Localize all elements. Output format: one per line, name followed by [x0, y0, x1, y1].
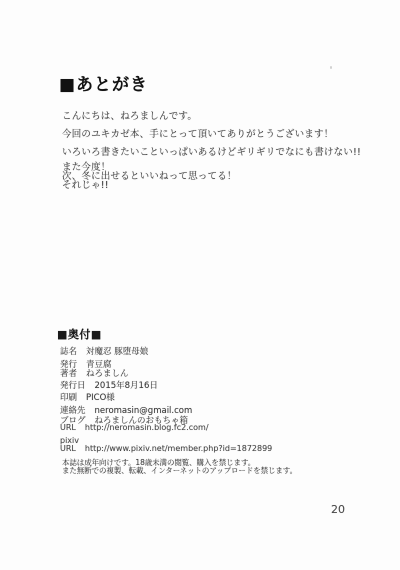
colophon-blog-url-line: URLhttp://neromasin.blog.fc2.com/: [60, 423, 209, 432]
colophon-title-line: 誌名対魔忍 豚堕母娘: [60, 345, 148, 357]
afterword-line: こんにちは、ねろましんです。: [62, 108, 197, 122]
colophon-value: 対魔忍 豚堕母娘: [86, 345, 148, 357]
colophon-label: 印刷: [60, 391, 77, 403]
colophon-value: 2015年8月16日: [95, 379, 158, 391]
colophon-label: URL: [60, 444, 76, 453]
afterword-line: いろいろ書きたいこといっぱいあるけどギリギリでなにも書けない!!: [62, 144, 361, 158]
colophon-value: ねろましん: [86, 367, 129, 379]
colophon-label: 発行日: [60, 379, 86, 391]
colophon-date-line: 発行日2015年8月16日: [60, 379, 158, 391]
scanned-doujin-page: ■あとがき こんにちは、ねろましんです。 今回のユキカゼ本、手にとって頂いてあり…: [0, 0, 400, 570]
colophon-url: http://www.pixiv.net/member.php?id=18728…: [85, 444, 272, 453]
afterword-heading: ■あとがき: [59, 70, 148, 95]
scan-speck: [330, 66, 332, 69]
colophon-label: 著者: [60, 367, 77, 379]
colophon-url: http://neromasin.blog.fc2.com/: [85, 423, 209, 432]
colophon-printer-line: 印刷PICO様: [60, 391, 115, 403]
afterword-line: 今回のユキカゼ本、手にとって頂いてありがとうございます！: [62, 126, 333, 140]
colophon-label: URL: [60, 423, 76, 432]
colophon-label: 誌名: [60, 345, 77, 357]
colophon-value: PICO様: [86, 391, 115, 403]
page-number: 20: [331, 503, 345, 516]
disclaimer-line: また無断での複製、転載、インターネットのアップロードを禁じます。: [62, 465, 297, 476]
afterword-closing-line: それじゃ!!: [62, 177, 109, 191]
colophon-author-line: 著者ねろましん: [60, 367, 129, 379]
colophon-heading: ■奥付■: [57, 326, 102, 342]
colophon-pixiv-url-line: URLhttp://www.pixiv.net/member.php?id=18…: [60, 444, 272, 453]
